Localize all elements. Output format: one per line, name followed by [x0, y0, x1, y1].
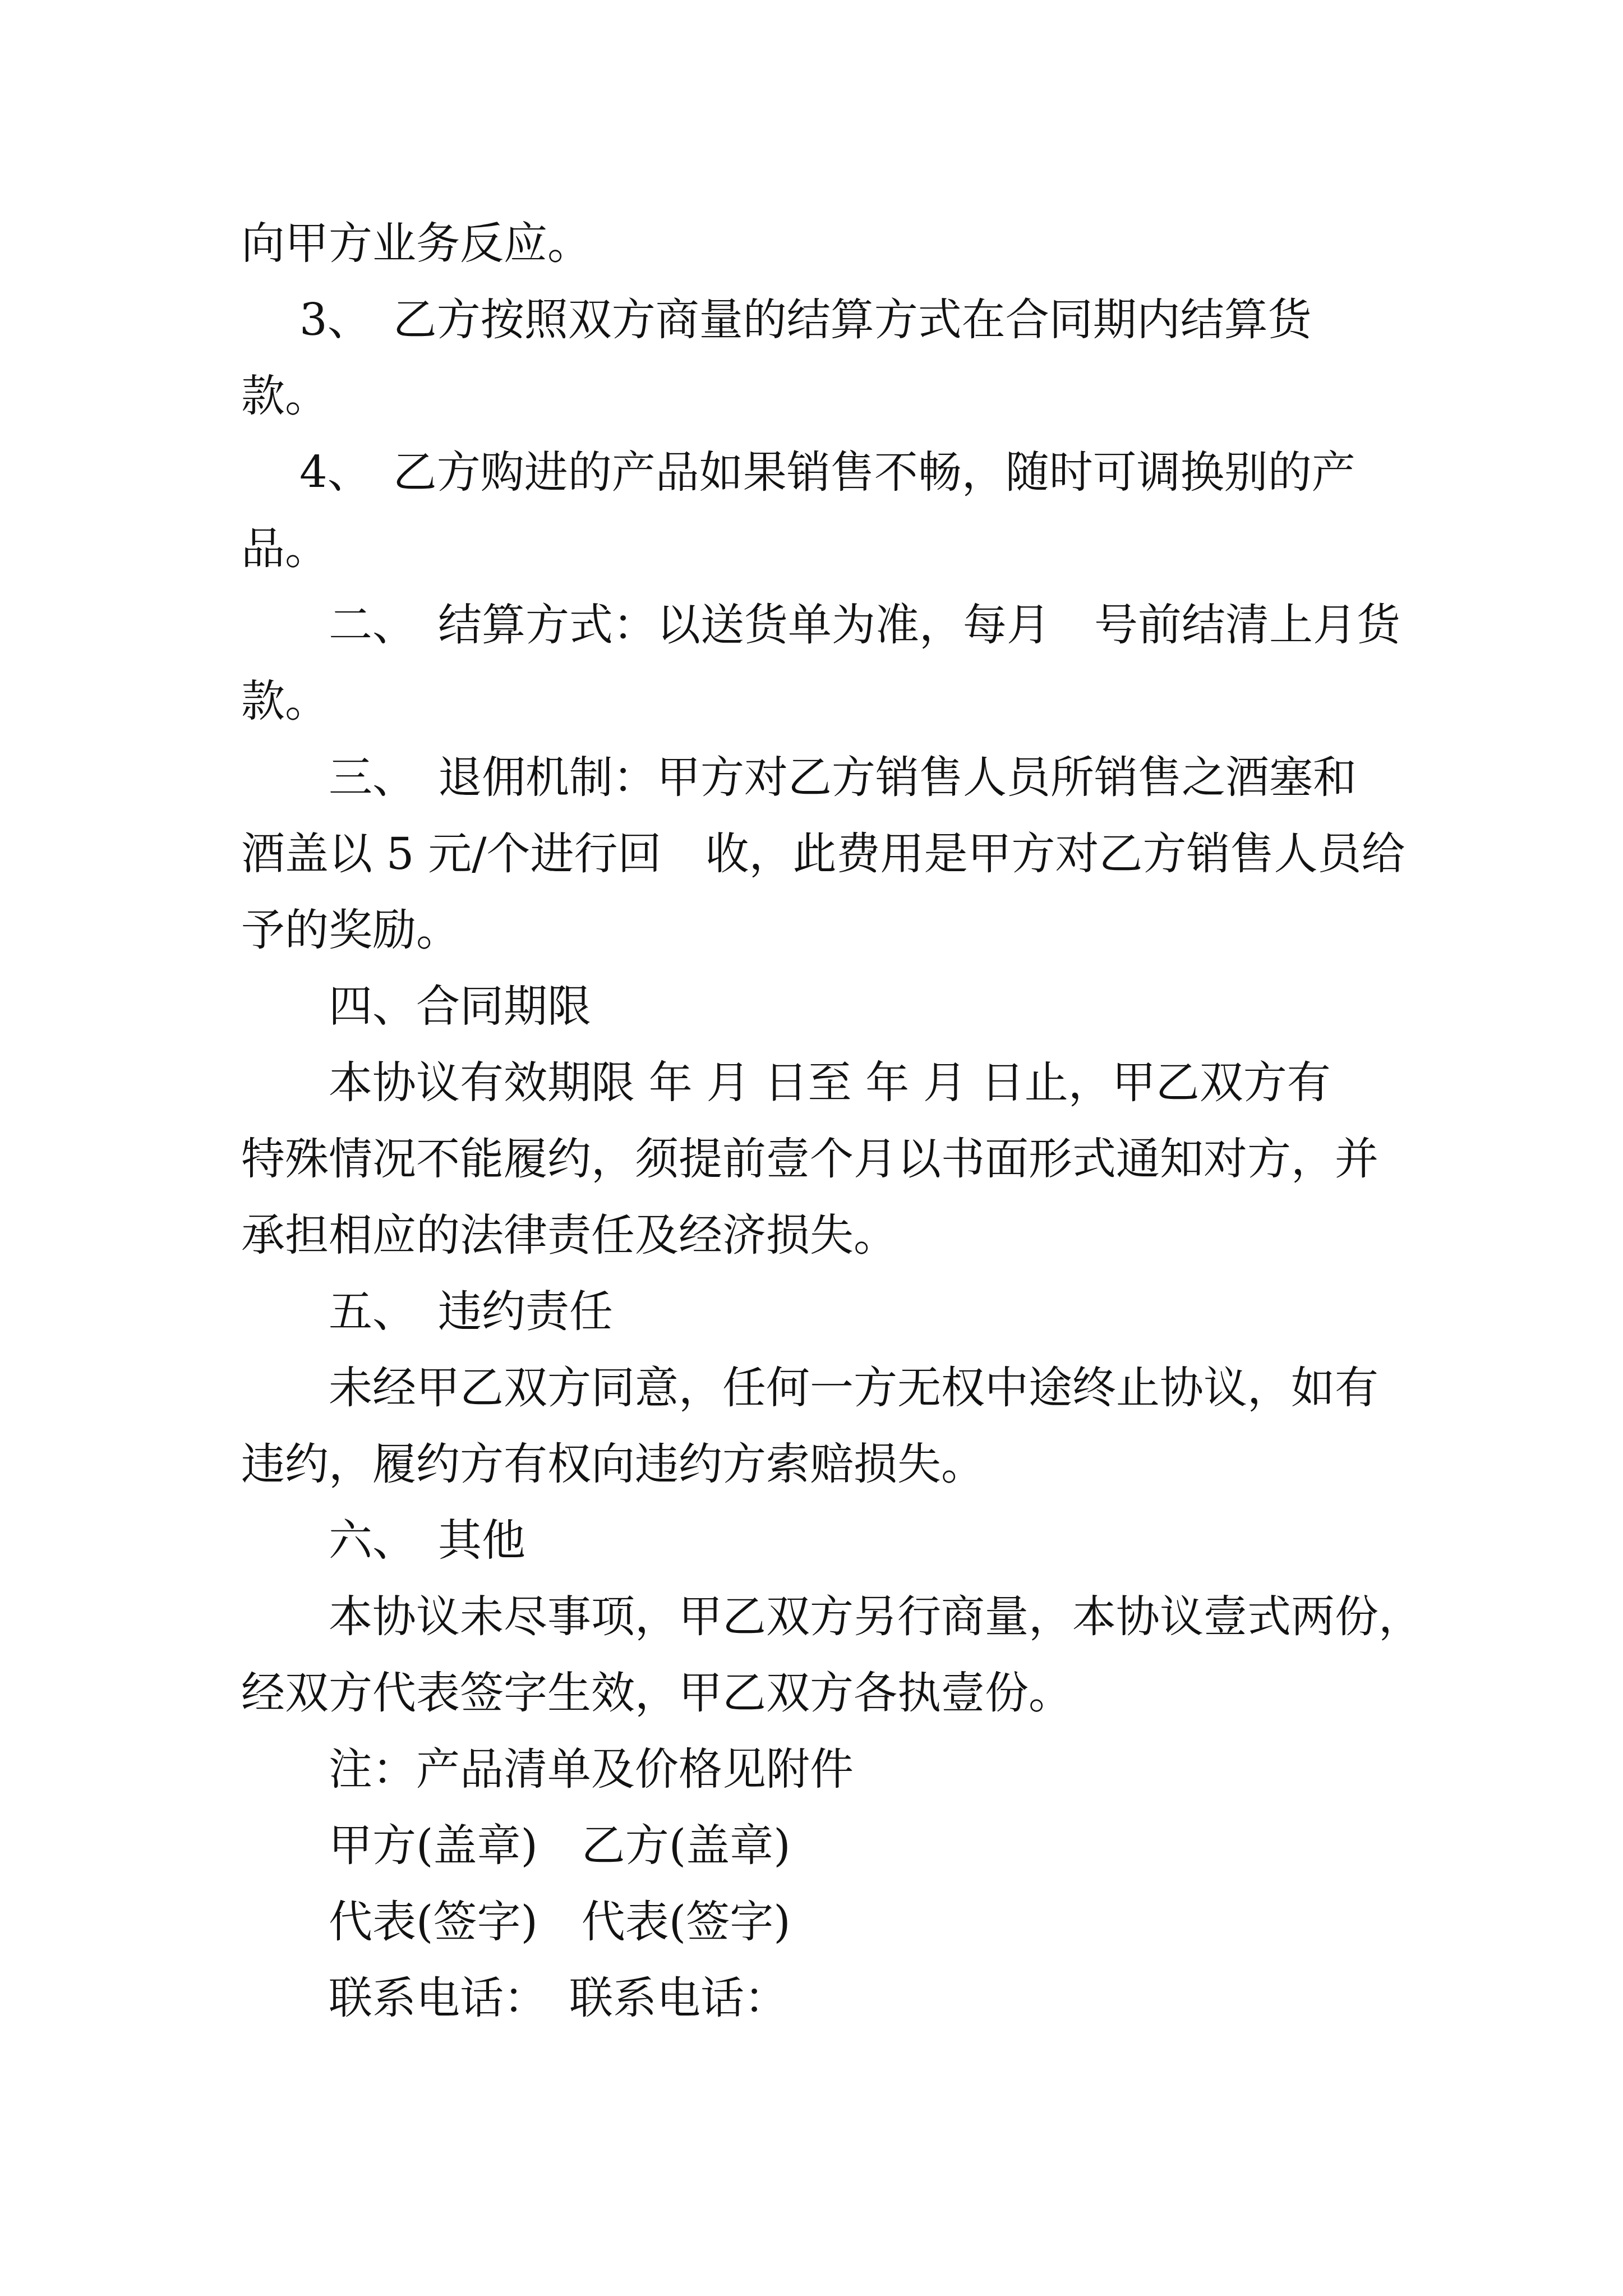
- text-line: 向甲方业务反应。: [241, 206, 1402, 282]
- text-line: 六、 其他: [241, 1503, 1402, 1579]
- text-line: 款。: [241, 358, 1402, 435]
- text-line: 本协议未尽事项，甲乙双方另行商量，本协议壹式两份，: [241, 1579, 1402, 1655]
- text-line: 承担相应的法律责任及经济损失。: [241, 1198, 1402, 1274]
- document-page: 向甲方业务反应。3、 乙方按照双方商量的结算方式在合同期内结算货款。4、 乙方购…: [0, 0, 1623, 2296]
- text-line: 4、 乙方购进的产品如果销售不畅，随时可调换别的产: [241, 435, 1402, 511]
- text-line: 甲方(盖章) 乙方(盖章): [241, 1808, 1402, 1884]
- text-line: 注：产品清单及价格见附件: [241, 1732, 1402, 1808]
- text-line: 联系电话： 联系电话：: [241, 1961, 1402, 2037]
- text-line: 品。: [241, 511, 1402, 587]
- text-line: 3、 乙方按照双方商量的结算方式在合同期内结算货: [241, 282, 1402, 358]
- text-line: 违约，履约方有权向违约方索赔损失。: [241, 1427, 1402, 1503]
- text-line: 三、 退佣机制：甲方对乙方销售人员所销售之酒塞和: [241, 740, 1402, 816]
- text-line: 四、合同期限: [241, 969, 1402, 1045]
- text-line: 特殊情况不能履约，须提前壹个月以书面形式通知对方，并: [241, 1121, 1402, 1198]
- document-body: 向甲方业务反应。3、 乙方按照双方商量的结算方式在合同期内结算货款。4、 乙方购…: [241, 206, 1402, 2037]
- text-line: 款。: [241, 664, 1402, 740]
- text-line: 予的奖励。: [241, 892, 1402, 969]
- text-line: 酒盖以 5 元/个进行回 收，此费用是甲方对乙方销售人员给: [241, 816, 1402, 892]
- text-line: 未经甲乙双方同意，任何一方无权中途终止协议，如有: [241, 1350, 1402, 1427]
- text-line: 经双方代表签字生效，甲乙双方各执壹份。: [241, 1655, 1402, 1732]
- text-line: 五、 违约责任: [241, 1274, 1402, 1350]
- text-line: 二、 结算方式：以送货单为准，每月 号前结清上月货: [241, 587, 1402, 664]
- text-line: 本协议有效期限 年 月 日至 年 月 日止，甲乙双方有: [241, 1045, 1402, 1121]
- text-line: 代表(签字) 代表(签字): [241, 1884, 1402, 1961]
